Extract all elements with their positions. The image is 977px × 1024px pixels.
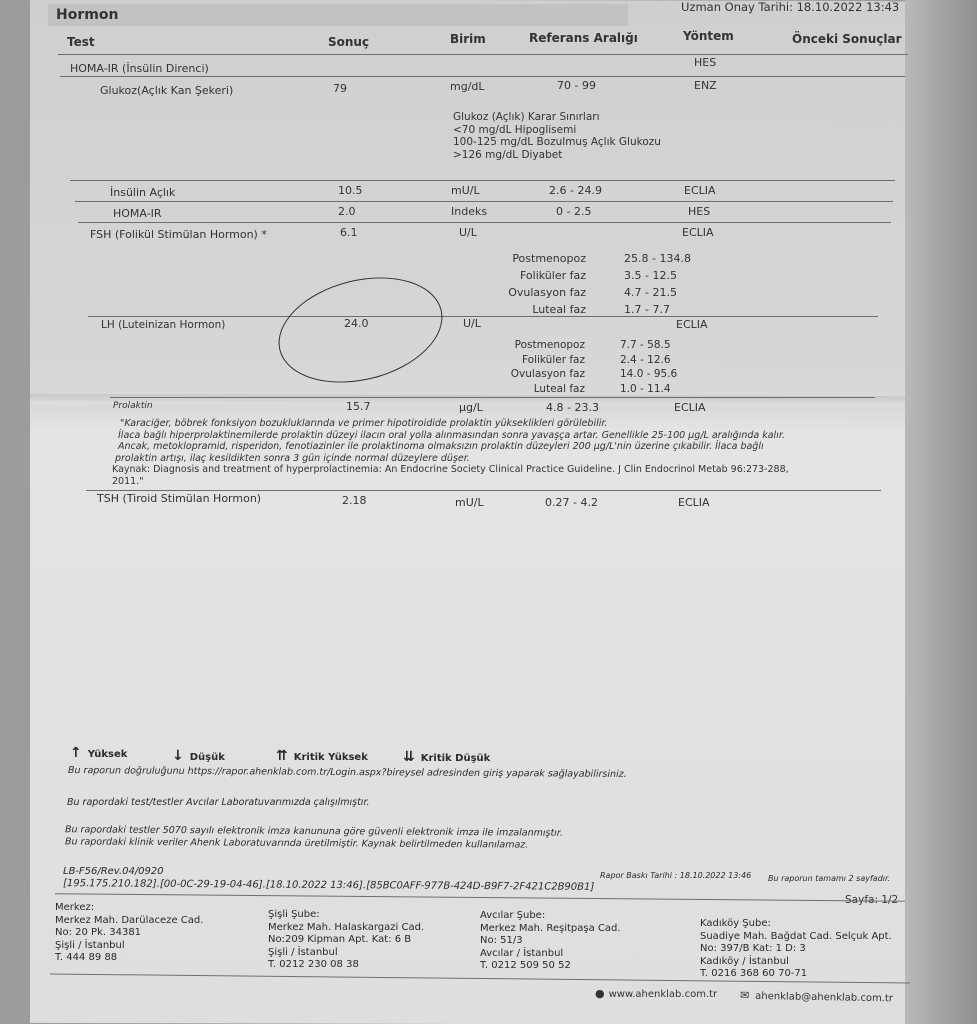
double-arrow-down-icon: ⇊ bbox=[403, 749, 415, 765]
test-unit: U/L bbox=[463, 317, 481, 330]
section-title: Hormon bbox=[56, 7, 118, 23]
branch-kadikoy: Kadıköy Şube: Suadiye Mah. Bağdat Cad. S… bbox=[700, 918, 892, 981]
col-test: Test bbox=[67, 35, 95, 49]
col-previous: Önceki Sonuçlar bbox=[792, 32, 901, 46]
col-method: Yöntem bbox=[683, 29, 734, 43]
test-reference: 4.8 - 23.3 bbox=[546, 401, 599, 414]
col-unit: Birim bbox=[450, 32, 486, 46]
section-header-bar bbox=[48, 4, 628, 26]
background-edge bbox=[905, 0, 977, 1024]
branch-merkez: Merkez: Merkez Mah. Darülaceze Cad. No: … bbox=[55, 902, 203, 965]
total-pages: Bu raporun tamamı 2 sayfadır. bbox=[768, 874, 890, 883]
test-reference: 0 - 2.5 bbox=[556, 205, 591, 218]
col-reference: Referans Aralığı bbox=[529, 31, 638, 45]
test-reference: 0.27 - 4.2 bbox=[545, 496, 598, 509]
test-method: ECLIA bbox=[678, 496, 710, 509]
test-method: ECLIA bbox=[682, 226, 714, 239]
branch-avcilar: Avcılar Şube: Merkez Mah. Reşitpaşa Cad.… bbox=[480, 910, 621, 973]
divider bbox=[86, 490, 881, 491]
test-method: HES bbox=[694, 56, 716, 69]
test-result: 6.1 bbox=[340, 226, 358, 239]
lab-disclaimer: Bu rapordaki test/testler Avcılar Labora… bbox=[67, 797, 370, 808]
lh-phase-ranges: 7.7 - 58.5 2.4 - 12.6 14.0 - 95.6 1.0 - … bbox=[620, 338, 677, 396]
fsh-phase-ranges: 25.8 - 134.8 3.5 - 12.5 4.7 - 21.5 1.7 -… bbox=[624, 250, 691, 318]
test-result: 10.5 bbox=[338, 184, 363, 197]
divider bbox=[78, 222, 891, 223]
test-name: İnsülin Açlık bbox=[110, 186, 175, 199]
test-method: ECLIA bbox=[676, 318, 708, 331]
divider bbox=[70, 180, 895, 181]
test-unit: Indeks bbox=[451, 205, 487, 218]
legend-high: ↑Yüksek bbox=[70, 745, 127, 761]
test-method: HES bbox=[688, 205, 710, 218]
legend-critical-high: ⇈Kritik Yüksek bbox=[276, 748, 368, 764]
test-method: ECLIA bbox=[674, 401, 706, 414]
test-unit: mg/dL bbox=[450, 80, 485, 93]
test-unit: U/L bbox=[459, 226, 477, 239]
arrow-up-icon: ↑ bbox=[70, 745, 82, 761]
test-name: HOMA-IR bbox=[113, 207, 162, 220]
test-name: LH (Luteinizan Hormon) bbox=[101, 319, 225, 331]
divider bbox=[60, 76, 905, 77]
test-name: Prolaktin bbox=[113, 401, 153, 411]
fsh-phase-labels: Postmenopoz Foliküler faz Ovulasyon faz … bbox=[500, 250, 586, 318]
divider bbox=[110, 397, 875, 398]
test-name: FSH (Folikül Stimülan Hormon) * bbox=[90, 228, 267, 241]
print-date: Rapor Baskı Tarihi : 18.10.2022 13:46 bbox=[600, 871, 751, 880]
test-unit: µg/L bbox=[459, 401, 483, 414]
test-name: TSH (Tiroid Stimülan Hormon) bbox=[97, 492, 261, 505]
test-result: 2.18 bbox=[342, 494, 367, 507]
email-link[interactable]: ✉ahenklab@ahenklab.com.tr bbox=[740, 989, 893, 1005]
legend-critical-low: ⇊Kritik Düşük bbox=[403, 749, 490, 765]
prolactin-note: "Karaciğer, böbrek fonksiyon bozukluklar… bbox=[112, 418, 789, 487]
legend-low: ↓Düşük bbox=[172, 748, 225, 764]
arrow-down-icon: ↓ bbox=[172, 748, 184, 764]
approval-date: Uzman Onay Tarihi: 18.10.2022 13:43 bbox=[681, 0, 899, 14]
test-method: ECLIA bbox=[684, 184, 716, 197]
double-arrow-up-icon: ⇈ bbox=[276, 748, 288, 764]
test-name: HOMA-IR (İnsülin Direnci) bbox=[70, 62, 209, 75]
test-unit: mU/L bbox=[451, 184, 480, 197]
divider bbox=[75, 201, 893, 202]
glucose-decision-note: Glukoz (Açlık) Karar Sınırları <70 mg/dL… bbox=[453, 111, 661, 161]
test-reference: 2.6 - 24.9 bbox=[549, 184, 602, 197]
divider bbox=[88, 316, 878, 317]
mail-icon: ✉ bbox=[740, 989, 749, 1002]
test-result: 15.7 bbox=[346, 400, 371, 413]
branch-sisli: Şişli Şube: Merkez Mah. Halaskargazi Cad… bbox=[268, 909, 424, 972]
lh-phase-labels: Postmenopoz Foliküler faz Ovulasyon faz … bbox=[500, 338, 585, 396]
test-method: ENZ bbox=[694, 79, 717, 92]
website-link[interactable]: ●www.ahenklab.com.tr bbox=[595, 987, 717, 1000]
globe-icon: ● bbox=[595, 987, 605, 1000]
col-result: Sonuç bbox=[328, 35, 369, 49]
test-result: 79 bbox=[333, 82, 347, 95]
divider bbox=[58, 54, 908, 55]
form-code: LB-F56/Rev.04/0920 bbox=[63, 866, 164, 877]
test-unit: mU/L bbox=[455, 496, 484, 509]
test-result: 2.0 bbox=[338, 205, 356, 218]
test-reference: 70 - 99 bbox=[557, 79, 596, 92]
test-name: Glukoz(Açlık Kan Şekeri) bbox=[100, 84, 233, 97]
